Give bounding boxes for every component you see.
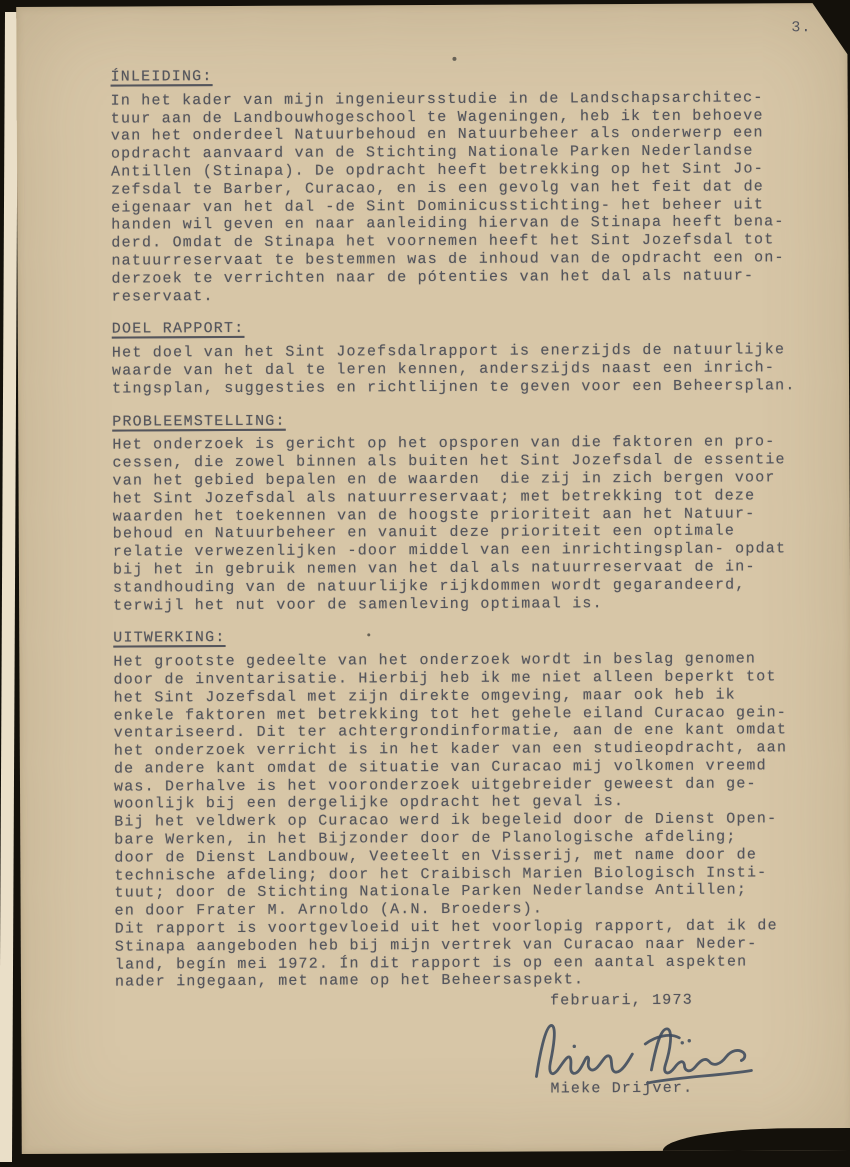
section-inleiding: ÍNLEIDING: In het kader van mijn ingenie… bbox=[111, 65, 822, 306]
typed-signature-name: Mieke Drijver. bbox=[550, 1080, 693, 1098]
section-body: Het onderzoek is gericht op het opsporen… bbox=[112, 433, 823, 614]
section-body: In het kader van mijn ingenieursstudie i… bbox=[111, 89, 822, 306]
section-body: Het doel van het Sint Jozefsdalrapport i… bbox=[112, 341, 822, 398]
section-body: Het grootste gedeelte van het onderzoek … bbox=[113, 650, 825, 992]
section-heading: DOEL RAPPORT: bbox=[112, 320, 245, 338]
section-heading: UITWERKING: bbox=[113, 629, 225, 647]
section-heading: ÍNLEIDING: bbox=[111, 68, 213, 86]
previous-page-edge bbox=[0, 12, 18, 1162]
section-probleemstelling: PROBLEEMSTELLING: Het onderzoek is geric… bbox=[112, 410, 823, 615]
document-page: 3. ÍNLEIDING: In het kader van mijn inge… bbox=[16, 3, 850, 1154]
scan-bottom-shadow bbox=[663, 1128, 850, 1151]
paper-speck bbox=[452, 57, 456, 61]
page-content: ÍNLEIDING: In het kader van mijn ingenie… bbox=[111, 65, 826, 1007]
section-uitwerking: UITWERKING: Het grootste gedeelte van he… bbox=[113, 626, 825, 991]
date-line: februari, 1973 bbox=[550, 992, 693, 1010]
section-doel-rapport: DOEL RAPPORT: Het doel van het Sint Joze… bbox=[112, 317, 822, 398]
page-number: 3. bbox=[791, 19, 811, 36]
section-heading: PROBLEEMSTELLING: bbox=[112, 412, 286, 431]
